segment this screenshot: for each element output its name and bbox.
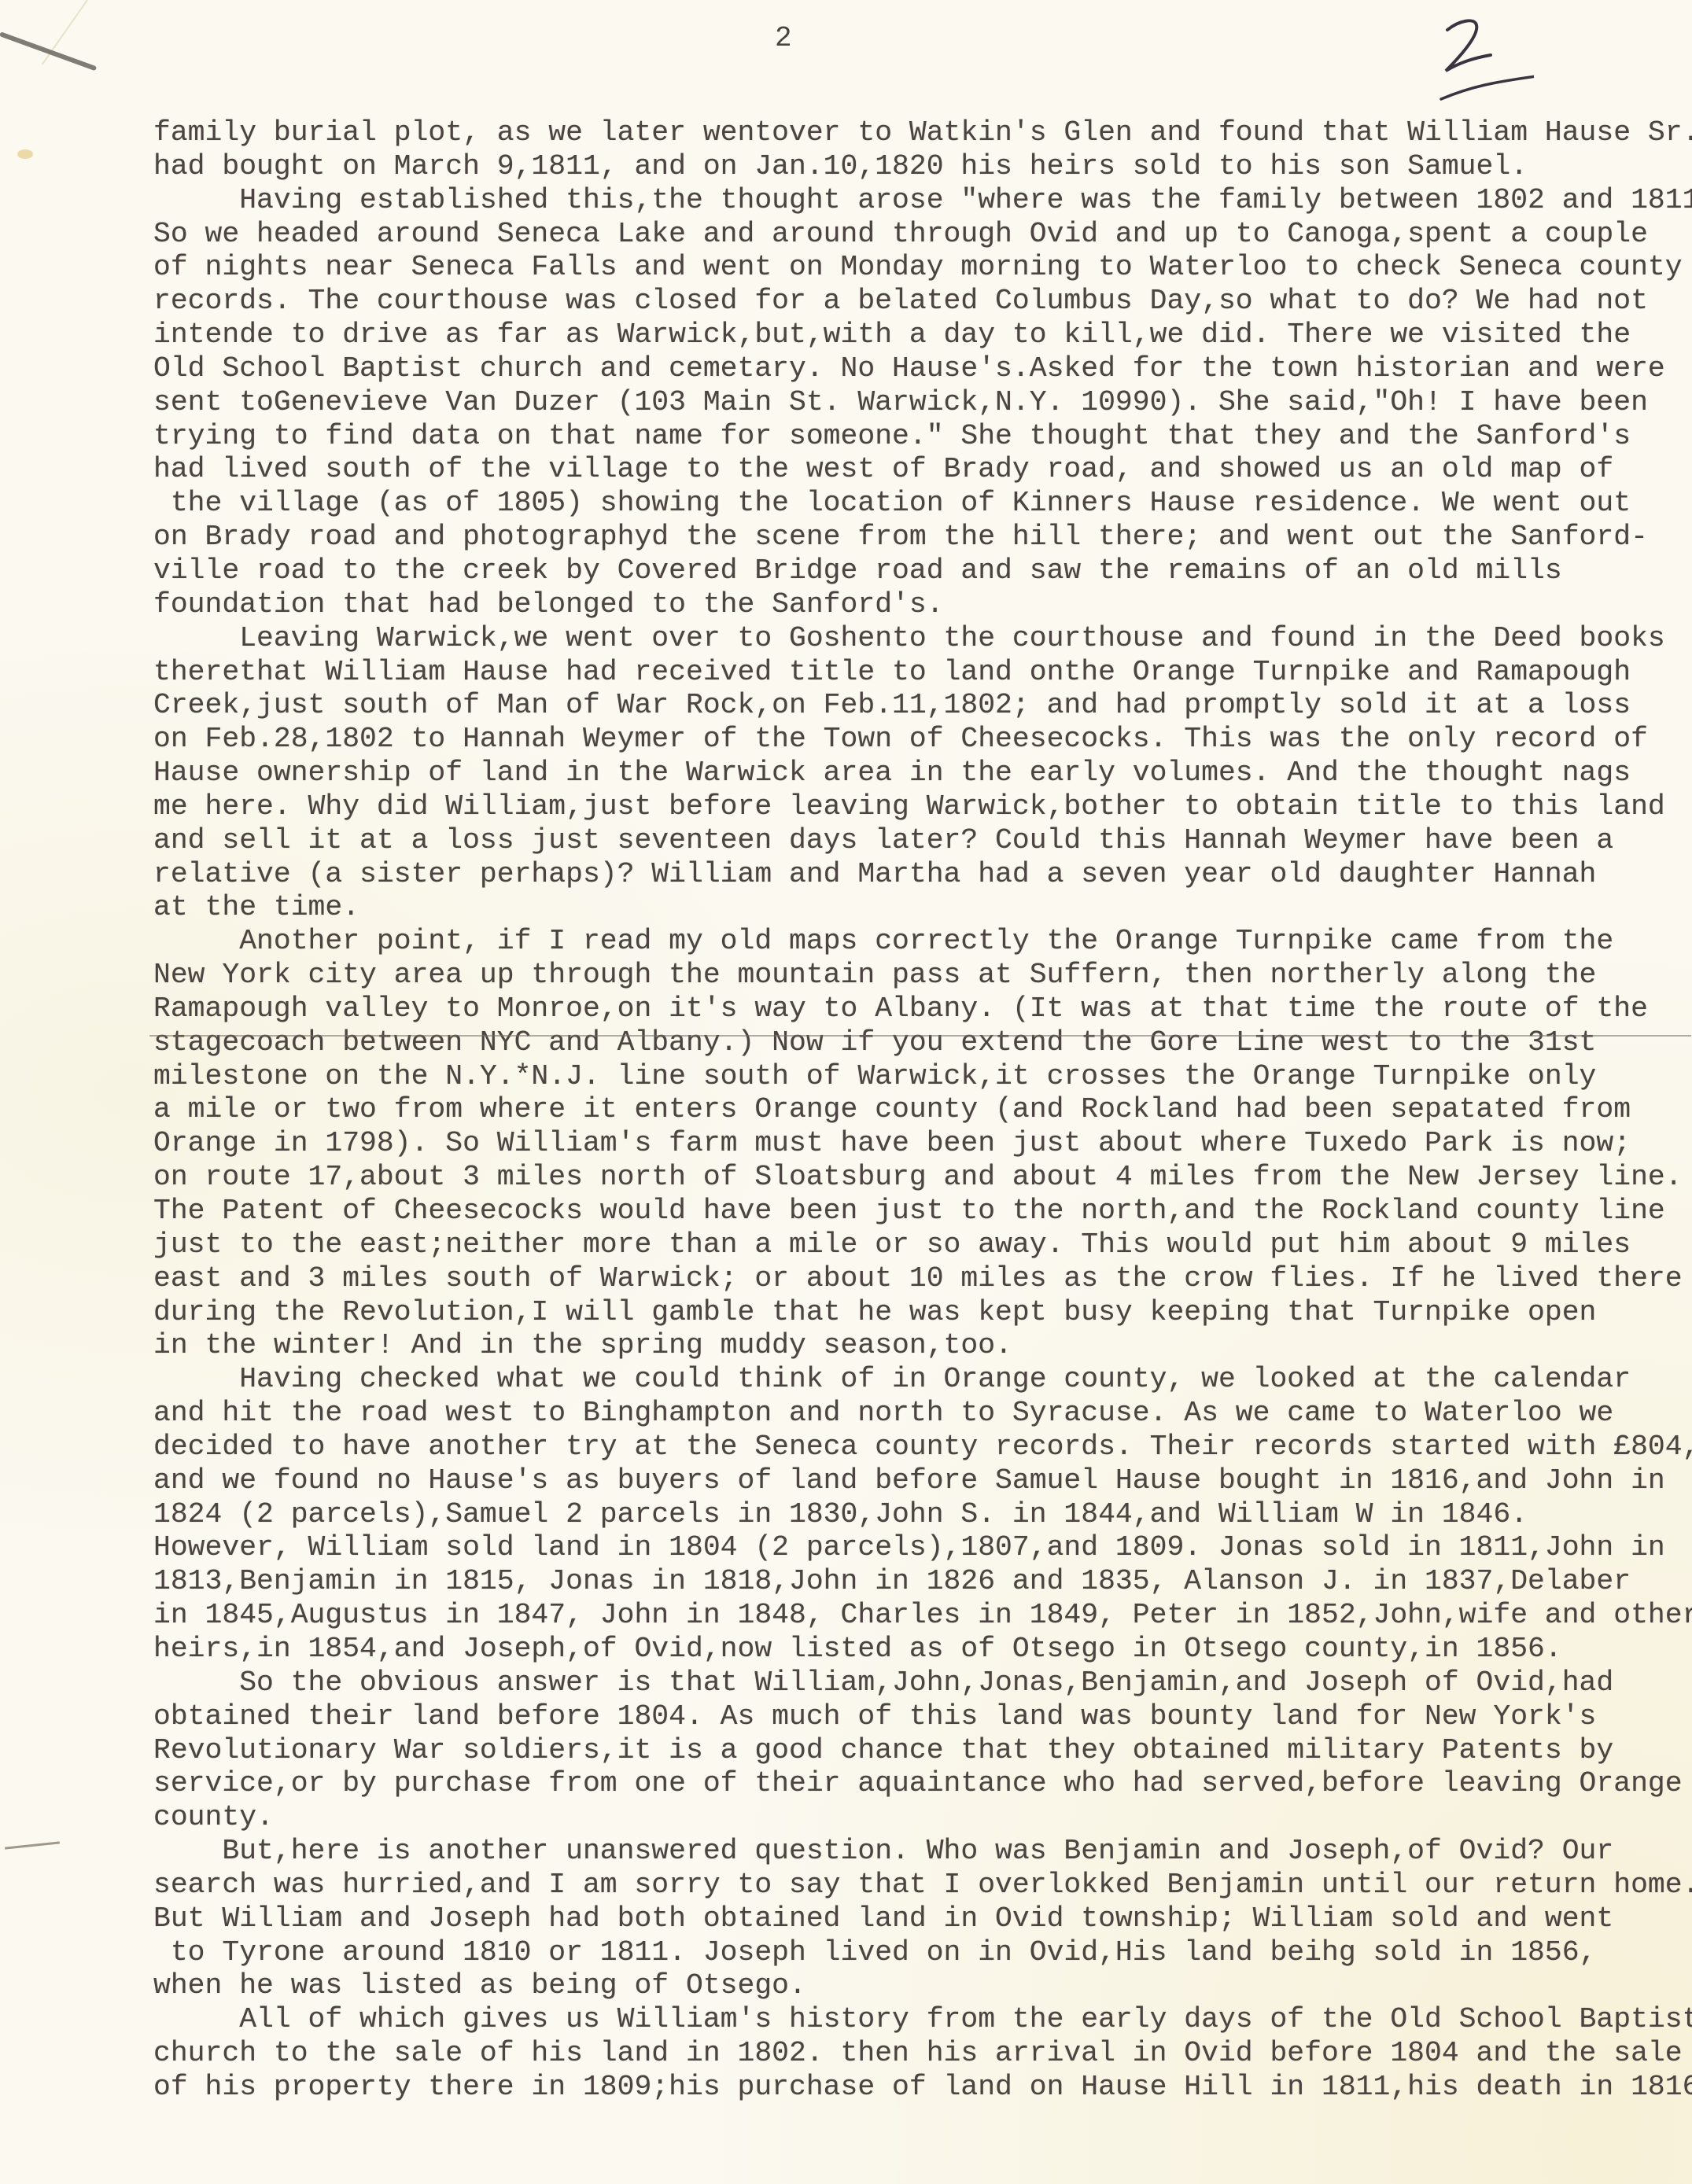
typed-letter-body: family burial plot, as we later wentover… xyxy=(153,116,1692,2105)
text-line: milestone on the N.Y.*N.J. line south of… xyxy=(153,1060,1692,1094)
text-line: service,or by purchase from one of their… xyxy=(153,1767,1692,1801)
text-line: sent toGenevieve Van Duzer (103 Main St.… xyxy=(153,386,1692,420)
text-line: Having established this,the thought aros… xyxy=(153,184,1692,218)
text-line: Ramapough valley to Monroe,on it's way t… xyxy=(153,993,1692,1026)
fold-crease-line xyxy=(149,1035,1691,1037)
text-line: and sell it at a loss just seventeen day… xyxy=(153,824,1692,858)
text-line: in the winter! And in the spring muddy s… xyxy=(153,1329,1692,1363)
text-line: The Patent of Cheesecocks would have bee… xyxy=(153,1195,1692,1228)
page-number: 2 xyxy=(775,22,792,54)
text-line: at the time. xyxy=(153,891,1692,925)
text-line: 1813,Benjamin in 1815, Jonas in 1818,Joh… xyxy=(153,1565,1692,1599)
text-line: family burial plot, as we later wentover… xyxy=(153,116,1692,150)
text-line: ville road to the creek by Covered Bridg… xyxy=(153,554,1692,588)
text-line: 1824 (2 parcels),Samuel 2 parcels in 183… xyxy=(153,1498,1692,1532)
text-line: just to the east;neither more than a mil… xyxy=(153,1228,1692,1262)
text-line: But,here is another unanswered question.… xyxy=(153,1835,1692,1869)
text-line: New York city area up through the mounta… xyxy=(153,959,1692,993)
text-line: stagecoach between NYC and Albany.) Now … xyxy=(153,1026,1692,1060)
text-line: But William and Joseph had both obtained… xyxy=(153,1902,1692,1936)
text-line: therethat William Hause had received tit… xyxy=(153,656,1692,690)
text-line: during the Revolution,I will gamble that… xyxy=(153,1296,1692,1330)
text-line: Another point, if I read my old maps cor… xyxy=(153,925,1692,959)
text-line: on Brady road and photographyd the scene… xyxy=(153,521,1692,554)
text-line: heirs,in 1854,and Joseph,of Ovid,now lis… xyxy=(153,1633,1692,1667)
text-line: search was hurried,and I am sorry to say… xyxy=(153,1869,1692,1902)
text-line: in 1845,Augustus in 1847, John in 1848, … xyxy=(153,1599,1692,1633)
text-line: on route 17,about 3 miles north of Sloat… xyxy=(153,1161,1692,1195)
text-line: when he was listed as being of Otsego. xyxy=(153,1969,1692,2003)
text-line: So we headed around Seneca Lake and arou… xyxy=(153,218,1692,252)
text-line: of nights near Seneca Falls and went on … xyxy=(153,251,1692,285)
text-line: Leaving Warwick,we went over to Goshento… xyxy=(153,622,1692,656)
text-line: to Tyrone around 1810 or 1811. Joseph li… xyxy=(153,1936,1692,1970)
text-line: and we found no Hause's as buyers of lan… xyxy=(153,1464,1692,1498)
text-line: had lived south of the village to the we… xyxy=(153,453,1692,487)
text-line: obtained their land before 1804. As much… xyxy=(153,1700,1692,1734)
text-line: county. xyxy=(153,1801,1692,1835)
text-line: the village (as of 1805) showing the loc… xyxy=(153,487,1692,521)
text-line: a mile or two from where it enters Orang… xyxy=(153,1093,1692,1127)
text-line: So the obvious answer is that William,Jo… xyxy=(153,1667,1692,1700)
text-line: Hause ownership of land in the Warwick a… xyxy=(153,757,1692,790)
text-line: had bought on March 9,1811, and on Jan.1… xyxy=(153,150,1692,184)
text-line: relative (a sister perhaps)? William and… xyxy=(153,858,1692,892)
text-line: Old School Baptist church and cemetary. … xyxy=(153,352,1692,386)
text-line: All of which gives us William's history … xyxy=(153,2003,1692,2037)
text-line: Revolutionary War soldiers,it is a good … xyxy=(153,1734,1692,1768)
text-line: and hit the road west to Binghampton and… xyxy=(153,1397,1692,1431)
text-line: decided to have another try at the Senec… xyxy=(153,1431,1692,1464)
text-line: Orange in 1798). So William's farm must … xyxy=(153,1127,1692,1161)
text-line: foundation that had belonged to the Sanf… xyxy=(153,588,1692,622)
text-line: of his property there in 1809;his purcha… xyxy=(153,2071,1692,2105)
handwritten-page-number xyxy=(1400,6,1534,101)
text-line: Creek,just south of Man of War Rock,on F… xyxy=(153,689,1692,723)
text-line: intende to drive as far as Warwick,but,w… xyxy=(153,319,1692,352)
text-line: east and 3 miles south of Warwick; or ab… xyxy=(153,1262,1692,1296)
text-line: church to the sale of his land in 1802. … xyxy=(153,2037,1692,2071)
text-line: records. The courthouse was closed for a… xyxy=(153,285,1692,319)
text-line: on Feb.28,1802 to Hannah Weymer of the T… xyxy=(153,723,1692,757)
text-line: trying to find data on that name for som… xyxy=(153,420,1692,454)
text-line: However, William sold land in 1804 (2 pa… xyxy=(153,1531,1692,1565)
stain-spot xyxy=(17,149,33,159)
text-line: me here. Why did William,just before lea… xyxy=(153,790,1692,824)
text-line: Having checked what we could think of in… xyxy=(153,1363,1692,1397)
